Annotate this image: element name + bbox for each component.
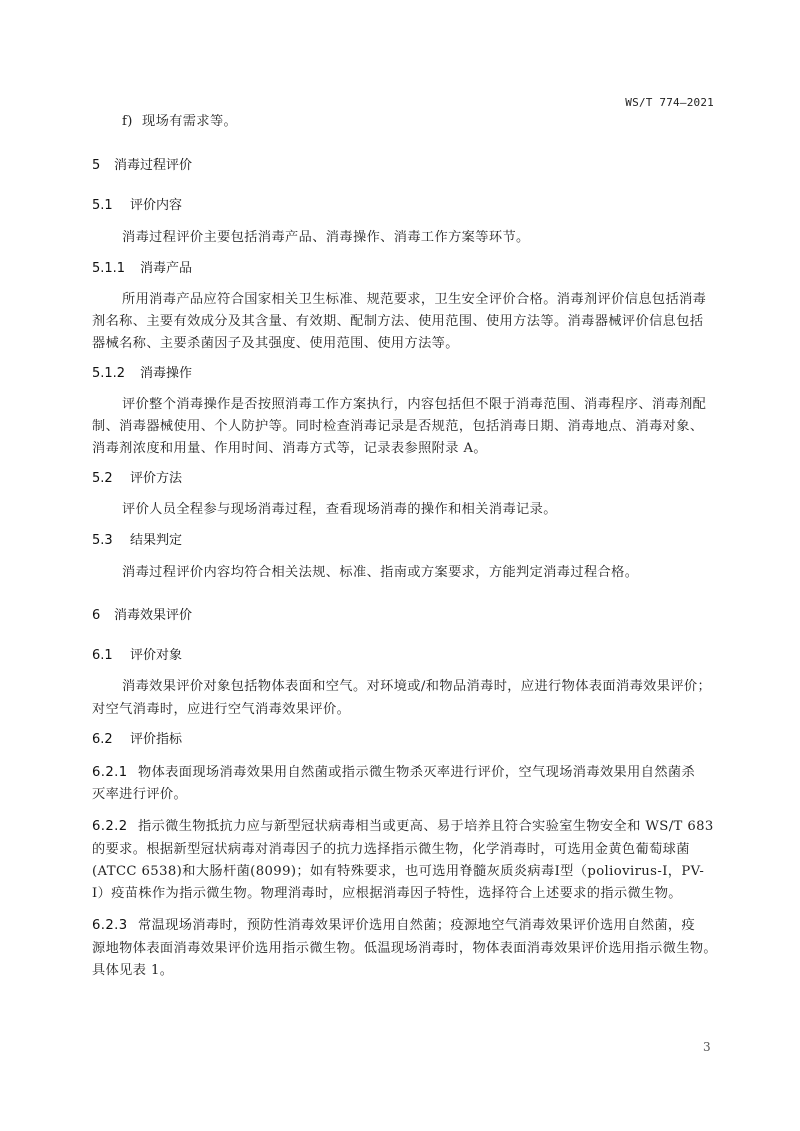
list-marker: f) xyxy=(122,114,133,129)
paragraph-line: 灭率进行评价。 xyxy=(92,785,187,805)
paragraph-line: 物体表面现场消毒效果用自然菌或指示微生物杀灭率进行评价，空气现场消毒效果用自然菌… xyxy=(138,765,695,780)
section-title: 评价方法 xyxy=(130,471,182,486)
paragraph-line: 制、消毒器械使用、个人防护等。同时检查消毒记录是否规范，包括消毒日期、消毒地点、… xyxy=(92,417,703,437)
list-item-f: f) 现场有需求等。 xyxy=(122,112,237,132)
section-title: 评价对象 xyxy=(130,648,182,663)
clause-number: 6.2.3 xyxy=(92,916,138,936)
section-number: 6 xyxy=(92,606,114,626)
section-5-2-text: 评价人员全程参与现场消毒过程，查看现场消毒的操作和相关消毒记录。 xyxy=(122,500,557,520)
list-item-text: 现场有需求等。 xyxy=(142,114,237,129)
clause-number: 6.2.2 xyxy=(92,817,138,837)
paragraph-line: 消毒效果评价对象包括物体表面和空气。对环境或/和物品消毒时，应进行物体表面消毒效… xyxy=(122,677,711,697)
section-title: 消毒操作 xyxy=(140,366,192,381)
section-number: 5.2 xyxy=(92,469,130,489)
section-6-heading: 6消毒效果评价 xyxy=(92,606,192,626)
paragraph-line: 的要求。根据新型冠状病毒对消毒因子的抗力选择指示微生物，化学消毒时，可选用金黄色… xyxy=(92,840,690,860)
clause-6-2-3: 6.2.3常温现场消毒时，预防性消毒效果评价选用自然菌；疫源地空气消毒效果评价选… xyxy=(92,916,695,936)
clause-6-2-1: 6.2.1物体表面现场消毒效果用自然菌或指示微生物杀灭率进行评价，空气现场消毒效… xyxy=(92,763,695,783)
section-title: 评价指标 xyxy=(130,732,182,747)
paragraph-line: 对空气消毒时，应进行空气消毒效果评价。 xyxy=(92,700,350,720)
section-number: 6.1 xyxy=(92,646,130,666)
section-title: 评价内容 xyxy=(130,198,182,213)
section-6-2-heading: 6.2评价指标 xyxy=(92,730,182,750)
section-5-3-heading: 5.3结果判定 xyxy=(92,531,182,551)
section-number: 5 xyxy=(92,156,114,176)
section-number: 5.1.2 xyxy=(92,364,140,384)
section-number: 6.2 xyxy=(92,730,130,750)
section-6-1-heading: 6.1评价对象 xyxy=(92,646,182,666)
section-title: 消毒过程评价 xyxy=(114,158,192,173)
paragraph-line: 消毒剂浓度和用量、作用时间、消毒方式等，记录表参照附录 A。 xyxy=(92,439,487,459)
paragraph-line: 具体见表 1。 xyxy=(92,961,173,981)
section-number: 5.1 xyxy=(92,196,130,216)
clause-number: 6.2.1 xyxy=(92,763,138,783)
paragraph-line: 常温现场消毒时，预防性消毒效果评价选用自然菌；疫源地空气消毒效果评价选用自然菌，… xyxy=(138,918,695,933)
section-5-1-1-heading: 5.1.1消毒产品 xyxy=(92,259,192,279)
section-5-3-text: 消毒过程评价内容均符合相关法规、标准、指南或方案要求，方能判定消毒过程合格。 xyxy=(122,563,638,583)
standard-code-header: WS/T 774—2021 xyxy=(625,96,714,109)
paragraph-line: 评价整个消毒操作是否按照消毒工作方案执行，内容包括但不限于消毒范围、消毒程序、消… xyxy=(122,395,706,415)
paragraph-line: 器械名称、主要杀菌因子及其强度、使用范围、使用方法等。 xyxy=(92,334,459,354)
paragraph-line: 所用消毒产品应符合国家相关卫生标准、规范要求，卫生安全评价合格。消毒剂评价信息包… xyxy=(122,290,706,310)
section-title: 结果判定 xyxy=(130,533,182,548)
paragraph-line: 源地物体表面消毒效果评价选用指示微生物。低温现场消毒时，物体表面消毒效果评价选用… xyxy=(92,939,717,959)
section-number: 5.3 xyxy=(92,531,130,551)
section-5-1-2-heading: 5.1.2消毒操作 xyxy=(92,364,192,384)
section-5-1-text: 消毒过程评价主要包括消毒产品、消毒操作、消毒工作方案等环节。 xyxy=(122,228,530,248)
clause-6-2-2: 6.2.2指示微生物抵抗力应与新型冠状病毒相当或更高、易于培养且符合实验室生物安… xyxy=(92,817,714,837)
section-title: 消毒效果评价 xyxy=(114,608,192,623)
section-5-heading: 5消毒过程评价 xyxy=(92,156,192,176)
section-5-1-heading: 5.1评价内容 xyxy=(92,196,182,216)
paragraph-line: 剂名称、主要有效成分及其含量、有效期、配制方法、使用范围、使用方法等。消毒器械评… xyxy=(92,312,703,332)
paragraph-line: (ATCC 6538)和大肠杆菌(8099)；如有特殊要求，也可选用脊髓灰质炎病… xyxy=(92,862,704,882)
section-title: 消毒产品 xyxy=(140,261,192,276)
paragraph-line: 指示微生物抵抗力应与新型冠状病毒相当或更高、易于培养且符合实验室生物安全和 WS… xyxy=(138,819,714,834)
paragraph-line: Ⅰ）疫苗株作为指示微生物。物理消毒时，应根据消毒因子特性，选择符合上述要求的指示… xyxy=(92,884,682,904)
section-5-2-heading: 5.2评价方法 xyxy=(92,469,182,489)
section-number: 5.1.1 xyxy=(92,259,140,279)
page-number: 3 xyxy=(703,1040,711,1054)
